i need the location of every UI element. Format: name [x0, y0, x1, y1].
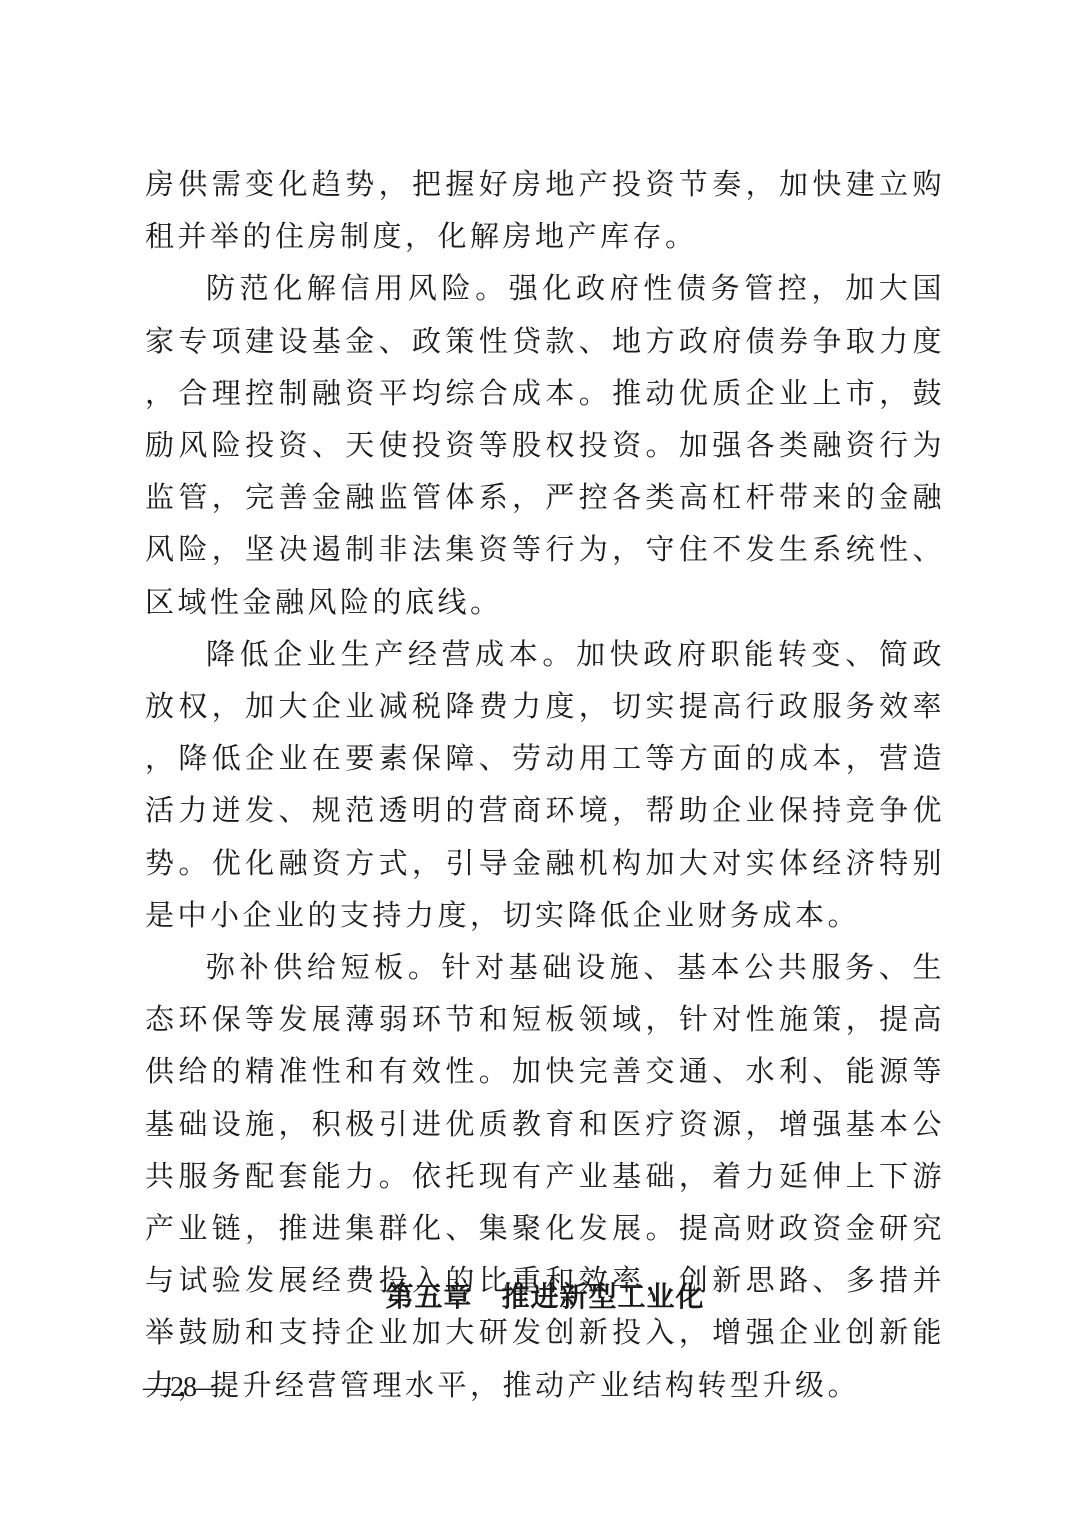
page-number: —28— [143, 1372, 223, 1404]
document-body: 房供需变化趋势，把握好房地产投资节奏，加快建立购租并举的住房制度，化解房地产库存… [145, 158, 945, 1411]
paragraph-housing-continuation: 房供需变化趋势，把握好房地产投资节奏，加快建立购租并举的住房制度，化解房地产库存… [145, 158, 945, 262]
paragraph-credit-risk: 防范化解信用风险。强化政府性债务管控，加大国家专项建设基金、政策性贷款、地方政府… [145, 262, 945, 627]
paragraph-supply-shortfalls: 弥补供给短板。针对基础设施、基本公共服务、生态环保等发展薄弱环节和短板领域，针对… [145, 941, 945, 1411]
paragraph-reduce-costs: 降低企业生产经营成本。加快政府职能转变、简政放权，加大企业减税降费力度，切实提高… [145, 628, 945, 941]
chapter-heading: 第五章 推进新型工业化 [0, 1275, 1074, 1315]
